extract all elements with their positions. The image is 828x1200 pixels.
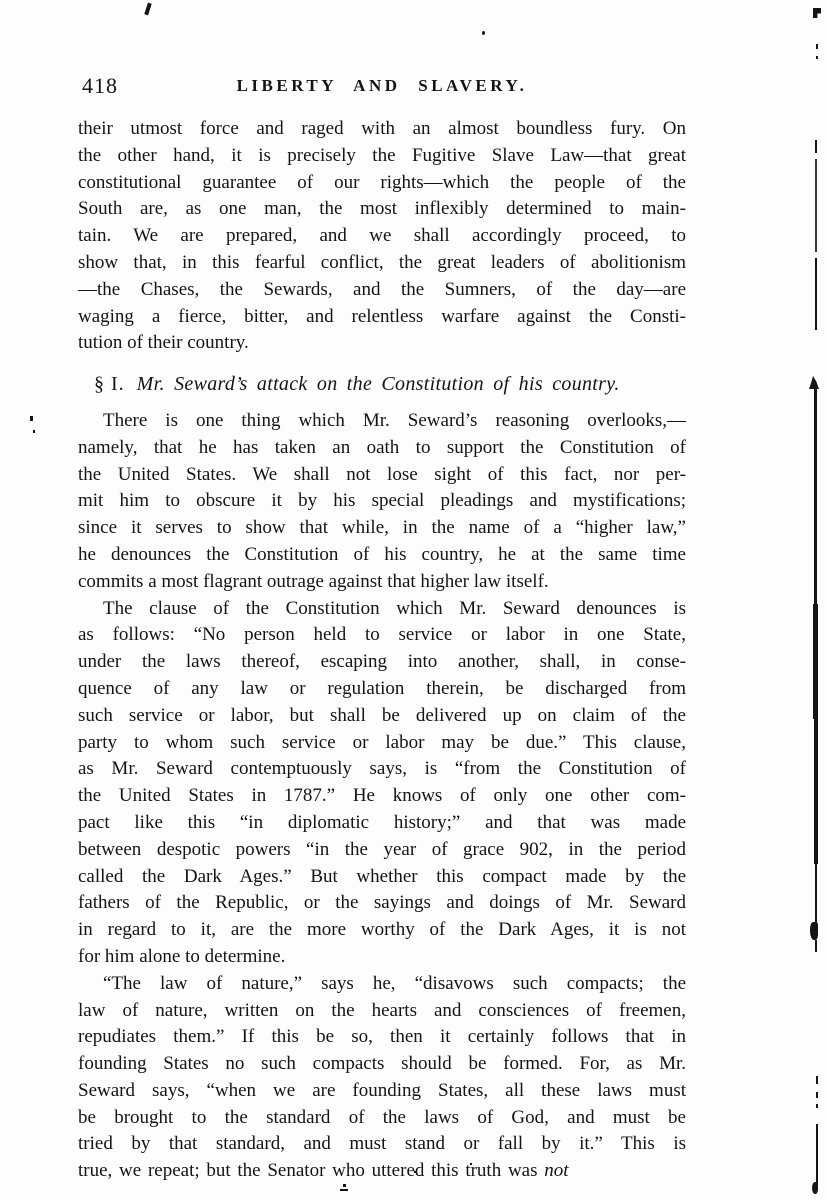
text-line: as Mr. Seward contemptuously says, is “f… — [78, 756, 686, 783]
text-line: —the Chases, the Sewards, and the Sumner… — [78, 277, 686, 304]
scan-artifact — [33, 430, 35, 433]
final-line-text: true, we repeat; but the Senator who utt… — [78, 1160, 544, 1181]
text-line: Seward says, “when we are founding State… — [78, 1078, 686, 1105]
scan-artifact — [815, 159, 817, 252]
text-line: he denounces the Constitution of his cou… — [78, 542, 686, 569]
text-line: commits a most flagrant outrage against … — [78, 569, 686, 596]
text-line: The clause of the Constitution which Mr.… — [78, 596, 686, 623]
scan-artifact — [816, 1104, 818, 1108]
text-line: in regard to it, are the more worthy of … — [78, 917, 686, 944]
text-line: law of nature, written on the hearts and… — [78, 998, 686, 1025]
page-number: 418 — [82, 73, 118, 99]
scan-artifact — [815, 140, 817, 153]
text-line: their utmost force and raged with an alm… — [78, 116, 686, 143]
page-header: 418 LIBERTY AND SLAVERY. — [78, 72, 686, 102]
text-line: the United States. We shall not lose sig… — [78, 462, 686, 489]
section-number: § I. — [94, 373, 125, 395]
text-line: repudiates them.” If this be so, then it… — [78, 1024, 686, 1051]
scan-artifact — [815, 940, 817, 952]
scan-artifact — [813, 604, 818, 719]
scan-artifact — [482, 31, 485, 35]
scan-artifact — [816, 56, 818, 59]
scan-artifact — [814, 719, 818, 864]
text-line: constitutional guarantee of our rights—w… — [78, 170, 686, 197]
text-line: There is one thing which Mr. Seward’s re… — [78, 408, 686, 435]
section-title: Mr. Seward’s attack on the Constitution … — [137, 373, 620, 395]
running-head: LIBERTY AND SLAVERY. — [78, 72, 686, 96]
text-line: namely, that he has taken an oath to sup… — [78, 435, 686, 462]
text-line: founding States no such compacts should … — [78, 1051, 686, 1078]
text-line: party to whom such service or labor may … — [78, 730, 686, 757]
paragraph: The clause of the Constitution which Mr.… — [78, 596, 686, 971]
text-line: tried by that standard, and must stand o… — [78, 1131, 686, 1158]
scan-artifact — [810, 922, 818, 940]
scan-artifact — [816, 1092, 818, 1098]
scan-artifact — [815, 864, 817, 922]
text-line: such service or labor, but shall be deli… — [78, 703, 686, 730]
page-body: their utmost force and raged with an alm… — [78, 116, 686, 1185]
text-line: the United States in 1787.” He knows of … — [78, 783, 686, 810]
text-line: under the laws thereof, escaping into an… — [78, 649, 686, 676]
text-line: pact like this “in diplomatic history;” … — [78, 810, 686, 837]
scan-artifact — [414, 1171, 416, 1173]
text-line: tain. We are prepared, and we shall acco… — [78, 223, 686, 250]
text-line: between despotic powers “in the year of … — [78, 837, 686, 864]
text-line: waging a fierce, bitter, and relentless … — [78, 304, 686, 331]
scan-artifact — [815, 258, 817, 330]
scan-artifact — [813, 8, 821, 18]
scan-artifact — [470, 1163, 472, 1165]
text-line: true, we repeat; but the Senator who utt… — [78, 1158, 686, 1185]
book-page: 418 LIBERTY AND SLAVERY. their utmost fo… — [0, 0, 828, 1200]
scan-artifact — [343, 1184, 346, 1187]
section-heading: § I.Mr. Seward’s attack on the Constitut… — [78, 371, 686, 398]
text-line: be brought to the standard of the laws o… — [78, 1105, 686, 1132]
text-line: for him alone to determine. — [78, 944, 686, 971]
scan-artifact — [144, 3, 152, 16]
scan-artifact — [812, 1182, 818, 1194]
text-line: the other hand, it is precisely the Fugi… — [78, 143, 686, 170]
paragraph: “The law of nature,” says he, “disavows … — [78, 971, 686, 1159]
scan-artifact — [816, 1124, 818, 1190]
text-line: mit him to obscure it by his special ple… — [78, 488, 686, 515]
text-line: since it serves to show that while, in t… — [78, 515, 686, 542]
text-line: quence of any law or regulation therein,… — [78, 676, 686, 703]
text-line: “The law of nature,” says he, “disavows … — [78, 971, 686, 998]
scan-artifact — [30, 416, 33, 421]
scan-artifact — [816, 44, 818, 49]
paragraph-continued: their utmost force and raged with an alm… — [78, 116, 686, 357]
text-line: tution of their country. — [78, 330, 686, 357]
scan-artifact — [340, 1189, 348, 1191]
final-line-emphasis: not — [544, 1160, 568, 1181]
paragraph: There is one thing which Mr. Seward’s re… — [78, 408, 686, 596]
scan-artifact — [814, 389, 817, 604]
text-line: called the Dark Ages.” But whether this … — [78, 864, 686, 891]
text-line: as follows: “No person held to service o… — [78, 622, 686, 649]
text-line: fathers of the Republic, or the sayings … — [78, 890, 686, 917]
text-line: South are, as one man, the most inflexib… — [78, 196, 686, 223]
scan-artifact — [816, 1076, 818, 1084]
scan-artifact — [809, 376, 819, 389]
text-line: show that, in this fearful conflict, the… — [78, 250, 686, 277]
